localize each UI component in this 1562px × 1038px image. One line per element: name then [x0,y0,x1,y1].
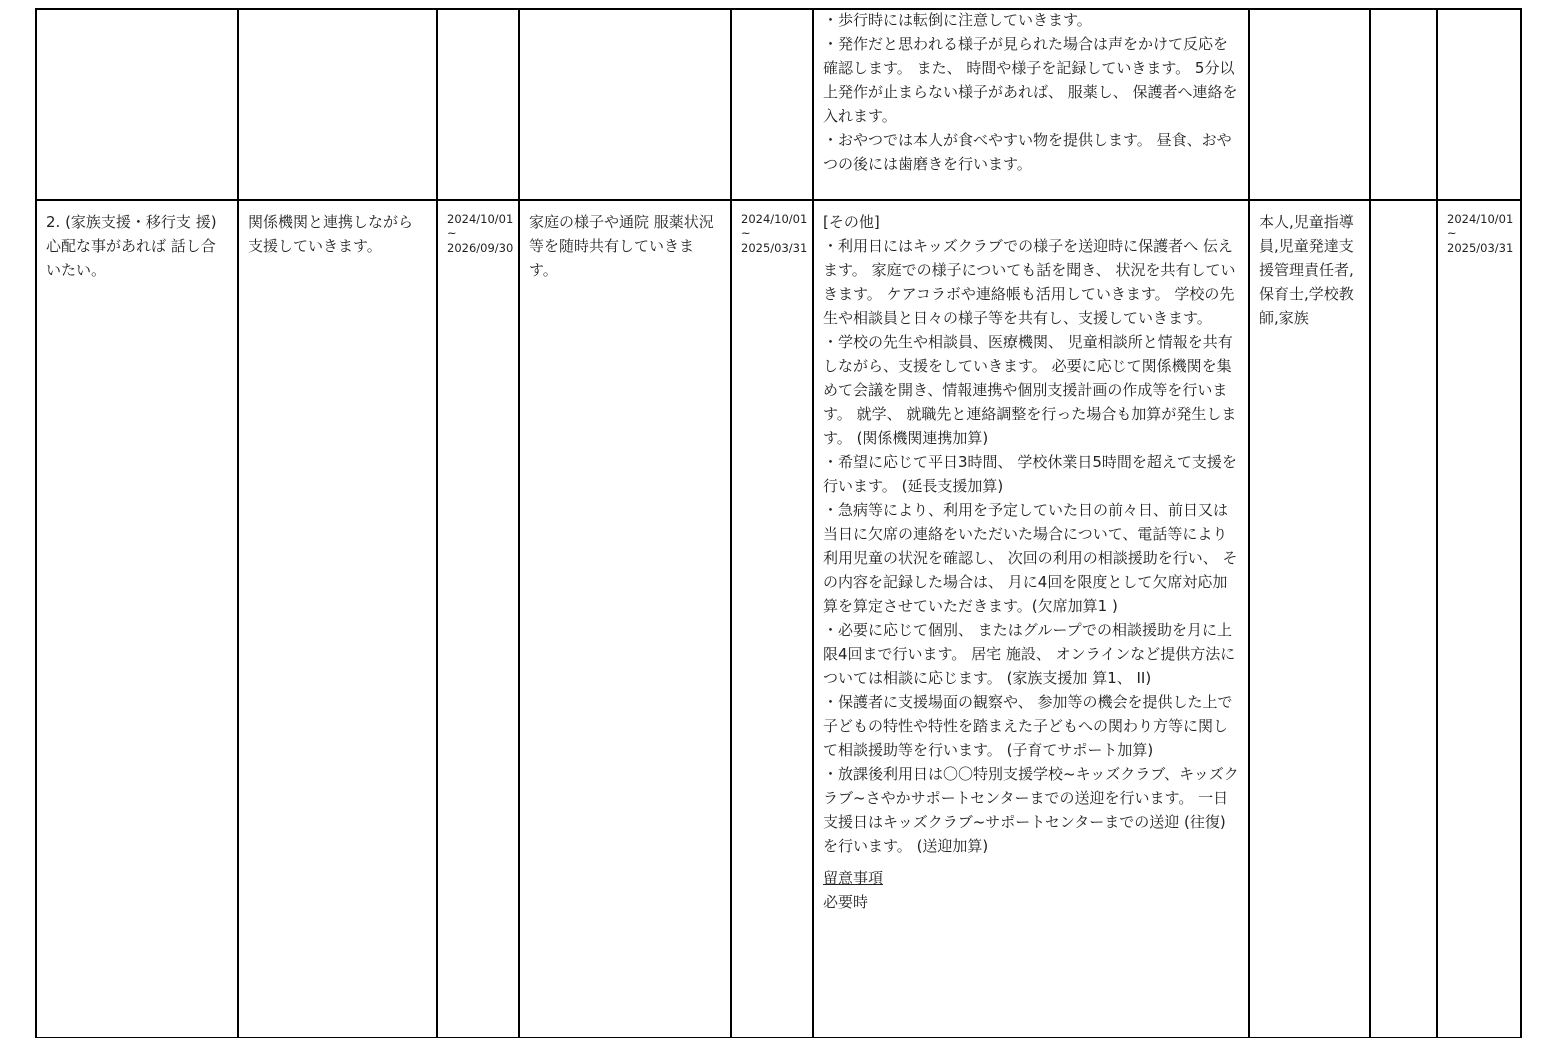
period-start: 2024/10/01 [741,212,807,226]
long-term-period: 2024/10/01 ~ 2026/09/30 [438,201,518,257]
achievement-period: 2024/10/01 ~ 2025/03/31 [1438,201,1520,257]
table-row: 2. (家族支援・移行支 援) 心配な事があれば 話し合いたい。 関係機関と連携… [36,200,1521,1038]
support-paragraph: ・急病等により、利用を予定していた日の前々日、前日又は当日に欠席の連絡をいただい… [823,498,1240,618]
period-tilde: ~ [1447,228,1514,240]
long-term-period-cell: 2024/10/01 ~ 2026/09/30 [437,200,519,1038]
long-term-period-cell [437,9,519,200]
short-term-goal-text: 家庭の様子や通院 服薬状況等を随時共有していきます。 [520,201,730,282]
support-paragraph: ・歩行時には転倒に注意していきます。 [823,8,1240,32]
item-cell [36,9,238,200]
support-paragraph: ・放課後利用日は〇〇特別支援学校~キッズクラブ、キッズクラブ~さやかサポートセン… [823,762,1240,858]
notes-value: 必要時 [823,890,1240,914]
support-content-cell: ・歩行時には転倒に注意していきます。 ・発作だと思われる様子が見られた場合は声を… [813,9,1249,200]
priority-cell [1370,200,1437,1038]
support-paragraph: ・学校の先生や相談員、医療機関、 児童相談所と情報を共有しながら、支援をしていき… [823,330,1240,450]
support-content-cell: [その他] ・利用日にはキッズクラブでの様子を送迎時に保護者へ 伝えます。 家庭… [813,200,1249,1038]
staff-text: 本人,児童指導員,児童発達支援管理責任者,保育士,学校教師,家族 [1250,201,1369,330]
notes-title: 留意事項 [823,866,883,890]
short-term-goal-cell [519,9,731,200]
support-paragraph: ・必要に応じて個別、 またはグループでの相談援助を月に上限4回まで行います。 居… [823,618,1240,690]
short-term-period-cell: 2024/10/01 ~ 2025/03/31 [731,200,813,1038]
short-term-goal-cell: 家庭の様子や通院 服薬状況等を随時共有していきます。 [519,200,731,1038]
short-term-period: 2024/10/01 ~ 2025/03/31 [732,201,812,257]
period-tilde: ~ [447,228,512,240]
priority-cell [1370,9,1437,200]
period-end: 2025/03/31 [741,241,807,255]
period-start: 2024/10/01 [447,212,513,226]
period-end: 2025/03/31 [1447,241,1513,255]
period-end: 2026/09/30 [447,241,513,255]
long-term-goal-cell [238,9,437,200]
support-paragraph: ・保護者に支援場面の観察や、 参加等の機会を提供した上で子どもの特性や特性を踏ま… [823,690,1240,762]
support-heading: [その他] [823,210,1240,234]
support-plan-table: ・歩行時には転倒に注意していきます。 ・発作だと思われる様子が見られた場合は声を… [35,8,1522,1038]
support-paragraph: ・利用日にはキッズクラブでの様子を送迎時に保護者へ 伝えます。 家庭での様子につ… [823,234,1240,330]
item-text: 2. (家族支援・移行支 援) 心配な事があれば 話し合いたい。 [37,201,237,282]
period-cell: 2024/10/01 ~ 2025/03/31 [1437,200,1521,1038]
priority-text [1371,201,1436,210]
item-cell: 2. (家族支援・移行支 援) 心配な事があれば 話し合いたい。 [36,200,238,1038]
staff-cell [1249,9,1370,200]
short-term-period-cell [731,9,813,200]
support-paragraph: ・発作だと思われる様子が見られた場合は声をかけて反応を確認します。 また、 時間… [823,32,1240,128]
period-cell [1437,9,1521,200]
support-paragraph: ・おやつでは本人が食べやすい物を提供します。 昼食、おやつの後には歯磨きを行いま… [823,128,1240,176]
period-start: 2024/10/01 [1447,212,1513,226]
support-paragraph: ・希望に応じて平日3時間、 学校休業日5時間を超えて支援を行います。 (延長支援… [823,450,1240,498]
period-tilde: ~ [741,228,806,240]
long-term-goal-cell: 関係機関と連携しながら支援していきます。 [238,200,437,1038]
long-term-goal-text: 関係機関と連携しながら支援していきます。 [239,201,436,258]
staff-cell: 本人,児童指導員,児童発達支援管理責任者,保育士,学校教師,家族 [1249,200,1370,1038]
table-row: ・歩行時には転倒に注意していきます。 ・発作だと思われる様子が見られた場合は声を… [36,9,1521,200]
